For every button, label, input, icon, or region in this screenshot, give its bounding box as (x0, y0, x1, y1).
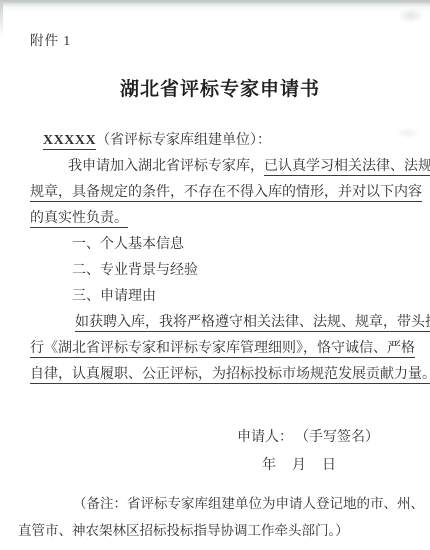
footnote-line: 直管市、神农架林区招标投标指导协调工作牵头部门。） (18, 517, 410, 544)
section-item-background: 二、专业背景与经验 (72, 258, 410, 284)
signature-block: 申请人：（手写签名） 年 月 日 (30, 424, 410, 480)
footnote-block: （备注：省评标专家库组建单位为申请人登记地的市、州、 直管市、神农架林区招标投标… (18, 490, 410, 544)
scan-edge-top (0, 0, 430, 12)
document-content: 附件 1 湖北省评标专家申请书 XXXXX（省评标专家库组建单位）： 我申请加入… (0, 33, 430, 544)
declaration-underlined-text: 已认真学习相关法律、法规、 (264, 159, 430, 176)
pledge-line: 行《湖北省评标专家和评标专家库管理细则》，恪守诚信、严格 (30, 336, 410, 362)
document-body: XXXXX（省评标专家库组建单位）： 我申请加入湖北省评标专家库，已认真学习相关… (30, 128, 410, 388)
scan-edge-left (0, 3, 3, 37)
recipient-placeholder: XXXXX (43, 133, 96, 150)
section-item-reason: 三、申请理由 (72, 284, 410, 310)
document-title: 湖北省评标专家申请书 (30, 78, 410, 102)
salutation-suffix: （省评标专家库组建单位）： (96, 133, 271, 148)
declaration-underlined-text: 的真实性负责。 (30, 211, 128, 228)
declaration-text: 我申请加入湖北省评标专家库， (68, 159, 264, 174)
declaration-line: 规章，具备规定的条件，不存在不得入库的情形，并对以下内容 (30, 180, 410, 206)
salutation-line: XXXXX（省评标专家库组建单位）： (43, 128, 410, 154)
declaration-line: 的真实性负责。 (30, 206, 410, 232)
signature-hint: （手写签名） (302, 430, 379, 445)
pledge-line: 如获聘入库，我将严格遵守相关法律、法规、规章，带头执 (30, 310, 410, 336)
pledge-underlined-text: 如获聘入库，我将严格遵守相关法律、法规、规章，带头执 (75, 315, 430, 332)
pledge-line: 自律，认真履职、公正评标，为招标投标市场规范发展贡献力量。 (30, 362, 410, 388)
declaration-underlined-text: 规章，具备规定的条件，不存在不得入库的情形，并对以下内容 (30, 185, 422, 202)
pledge-underlined-text: 自律，认真履职、公正评标，为招标投标市场规范发展贡献力量。 (30, 367, 430, 384)
attachment-label: 附件 1 (30, 33, 410, 49)
scan-artifact (397, 8, 425, 23)
pledge-underlined-text: 行《湖北省评标专家和评标专家库管理细则》，恪守诚信、严格 (30, 341, 415, 358)
date-line: 年 月 日 (30, 452, 410, 480)
scanned-document-page: 附件 1 湖北省评标专家申请书 XXXXX（省评标专家库组建单位）： 我申请加入… (0, 0, 430, 550)
applicant-signature-line: 申请人：（手写签名） (30, 424, 410, 452)
footnote-line: （备注：省评标专家库组建单位为申请人登记地的市、州、 (18, 490, 410, 517)
section-item-personal-info: 一、个人基本信息 (72, 232, 410, 258)
applicant-label: 申请人： (237, 430, 293, 445)
declaration-line: 我申请加入湖北省评标专家库，已认真学习相关法律、法规、 (30, 154, 410, 180)
